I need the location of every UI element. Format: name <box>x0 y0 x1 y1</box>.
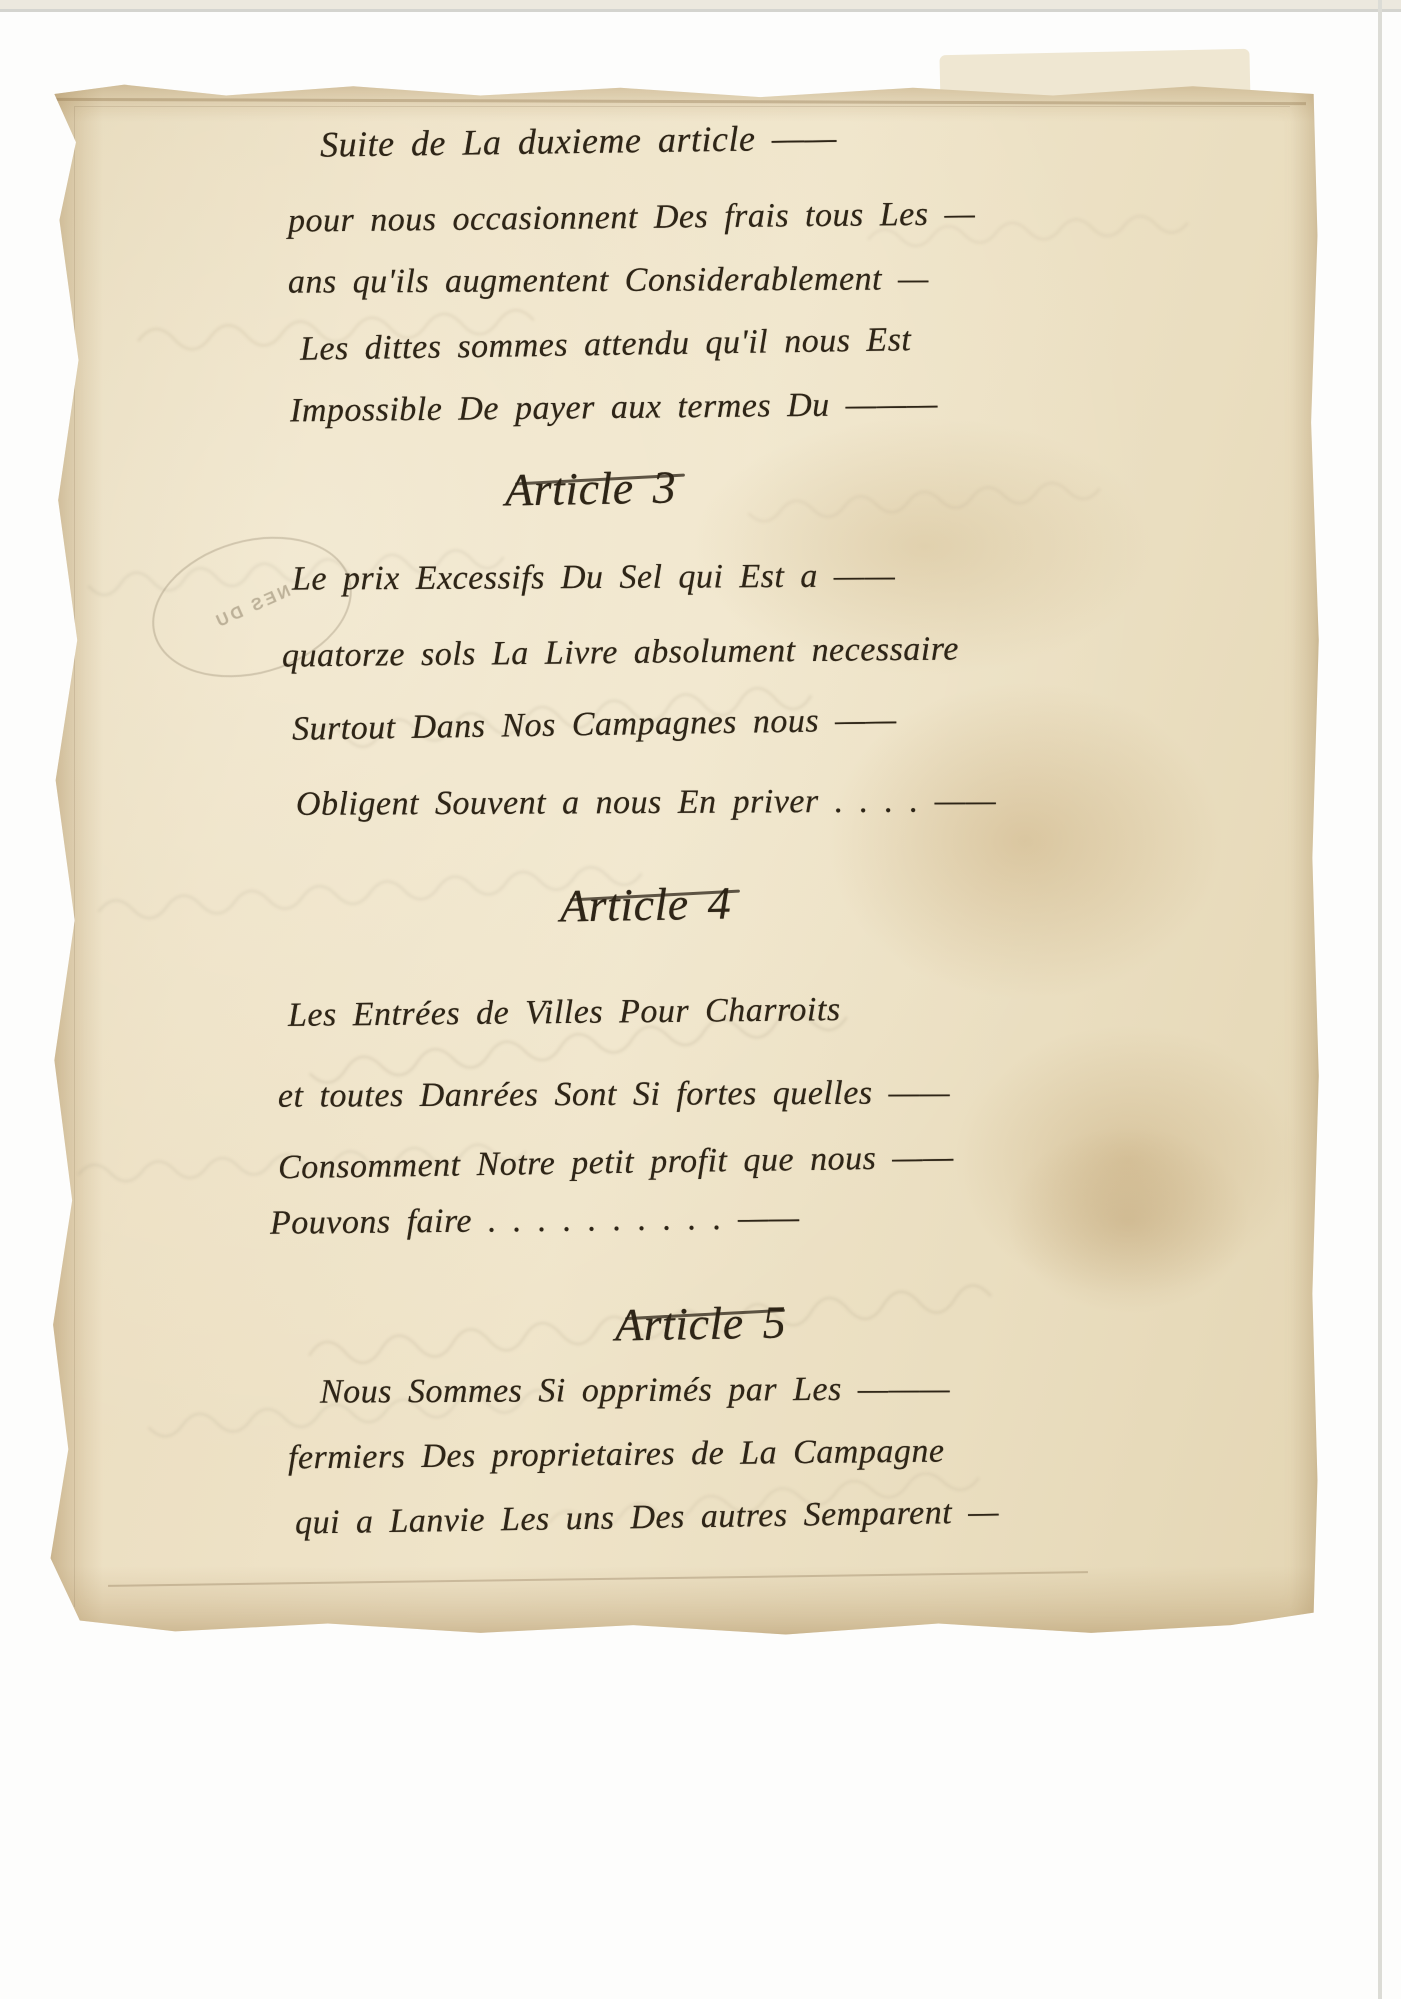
page-heading: Suite de La duxieme article —— <box>320 116 837 165</box>
article-4-title: Article 4 <box>560 877 732 933</box>
manuscript-line: pour nous occasionnent Des frais tous Le… <box>288 195 976 240</box>
archive-stamp-text: NES DU <box>210 581 293 633</box>
manuscript-line: quatorze sols La Livre absolument necess… <box>282 630 959 675</box>
scanned-document-page: NES DU Suite de La duxieme article —— po… <box>0 0 1401 1999</box>
scan-artifact-line <box>0 9 1401 12</box>
manuscript-line: et toutes Danrées Sont Si fortes quelles… <box>278 1074 950 1116</box>
manuscript-line: Les Entrées de Villes Pour Charroits <box>288 991 841 1035</box>
manuscript-line: Obligent Souvent a nous En priver . . . … <box>296 782 996 824</box>
article-3-title: Article 3 <box>505 461 677 517</box>
manuscript-line: Impossible De payer aux termes Du ——— <box>290 386 938 431</box>
manuscript-paper: NES DU Suite de La duxieme article —— po… <box>48 80 1320 1636</box>
manuscript-line: Nous Sommes Si opprimés par Les ——— <box>320 1370 950 1411</box>
manuscript-line: Le prix Excessifs Du Sel qui Est a —— <box>292 557 896 598</box>
scan-edge-shadow <box>1378 0 1382 1999</box>
article-5-title: Article 5 <box>615 1296 787 1352</box>
manuscript-line: ans qu'ils augmentent Considerablement — <box>288 260 929 301</box>
manuscript-line: Pouvons faire . . . . . . . . . . —— <box>270 1199 800 1243</box>
scan-edge-strip <box>0 0 1401 9</box>
manuscript-line: fermiers Des proprietaires de La Campagn… <box>288 1433 945 1478</box>
